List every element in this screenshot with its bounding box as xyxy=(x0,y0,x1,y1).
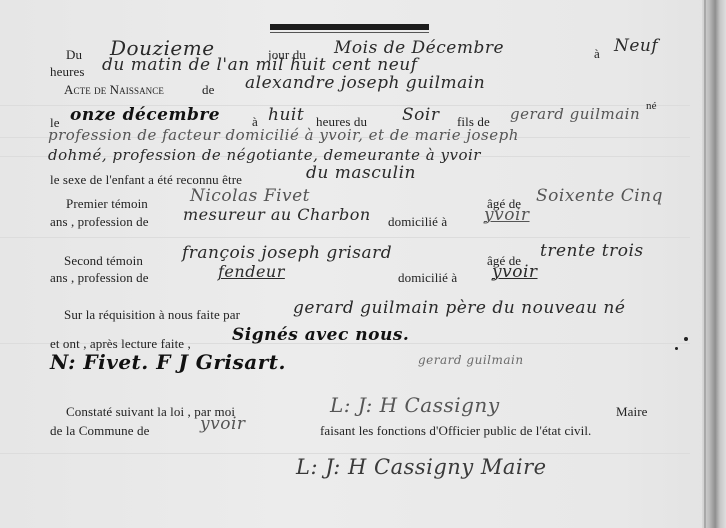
hw-birth-hour: huit xyxy=(268,105,304,125)
printed-requisition: Sur la réquisition à nous faite par xyxy=(64,307,240,323)
ink-dot xyxy=(684,337,688,341)
printed-du: Du xyxy=(66,47,82,63)
printed-premier-temoin: Premier témoin xyxy=(66,196,148,212)
ink-dot xyxy=(675,347,678,350)
hw-time-year: du matin de l'an mil huit cent neuf xyxy=(102,55,418,75)
printed-ans-profession-2: ans , profession de xyxy=(50,270,149,286)
witness-signatures: N: Fivet. F J Grisart. xyxy=(50,350,286,374)
father-signature: gerard guilmain xyxy=(418,353,524,367)
hw-period: Soir xyxy=(402,105,439,125)
printed-acte-de: de xyxy=(202,82,214,98)
hw-witness1-age: Soixente Cinq xyxy=(536,186,663,206)
hw-commune: yvoir xyxy=(200,414,246,434)
hw-witness2-profession: fendeur xyxy=(218,262,285,281)
header-rule xyxy=(270,24,429,30)
printed-second-temoin: Second témoin xyxy=(64,253,143,269)
printed-ans-profession-1: ans , profession de xyxy=(50,214,149,230)
hw-witness2-domicile: yvoir xyxy=(492,262,538,282)
hw-witness1-domicile: yvoir xyxy=(484,205,530,225)
header-rule-thin xyxy=(270,32,429,33)
printed-maire: Maire xyxy=(616,404,648,420)
hw-mother-line: dohmé, profession de négotiante, demeura… xyxy=(48,146,481,164)
printed-a1: à xyxy=(594,46,600,62)
page-edge xyxy=(704,0,706,528)
hw-witness1-profession: mesureur au Charbon xyxy=(183,205,371,224)
printed-domicilie-1: domicilié à xyxy=(388,214,447,230)
printed-commune: de la Commune de xyxy=(50,423,149,439)
hw-hour: Neuf xyxy=(614,36,658,56)
printed-fonctions: faisant les fonctions d'Officier public … xyxy=(320,423,591,439)
hw-sex: du masculin xyxy=(306,163,416,183)
printed-domicilie-2: domicilié à xyxy=(398,270,457,286)
printed-acte-label: Acte de Naissance xyxy=(64,82,164,98)
ruled-line xyxy=(0,237,690,238)
hw-witness1-name: Nicolas Fivet xyxy=(190,186,310,206)
ruled-line xyxy=(0,453,690,454)
mayor-signature-bottom: L: J: H Cassigny Maire xyxy=(296,455,547,479)
hw-birth-day: onze décembre xyxy=(70,105,220,125)
printed-heures: heures xyxy=(50,64,85,80)
hw-witness2-age: trente trois xyxy=(540,241,644,261)
hw-witness2-name: françois joseph grisard xyxy=(182,243,392,263)
hw-father-line: profession de facteur domicilié à yvoir,… xyxy=(48,126,519,144)
hw-child-name: alexandre joseph guilmain xyxy=(245,73,485,93)
hw-signed: Signés avec nous. xyxy=(232,325,409,345)
mayor-signature: L: J: H Cassigny xyxy=(330,393,500,417)
hw-father: gerard guilmain xyxy=(510,105,640,123)
printed-ne: né xyxy=(646,100,657,112)
register-page: Du Douzieme jour du Mois de Décembre à N… xyxy=(0,0,726,528)
hw-requisition-by: gerard guilmain père du nouveau né xyxy=(293,298,625,318)
